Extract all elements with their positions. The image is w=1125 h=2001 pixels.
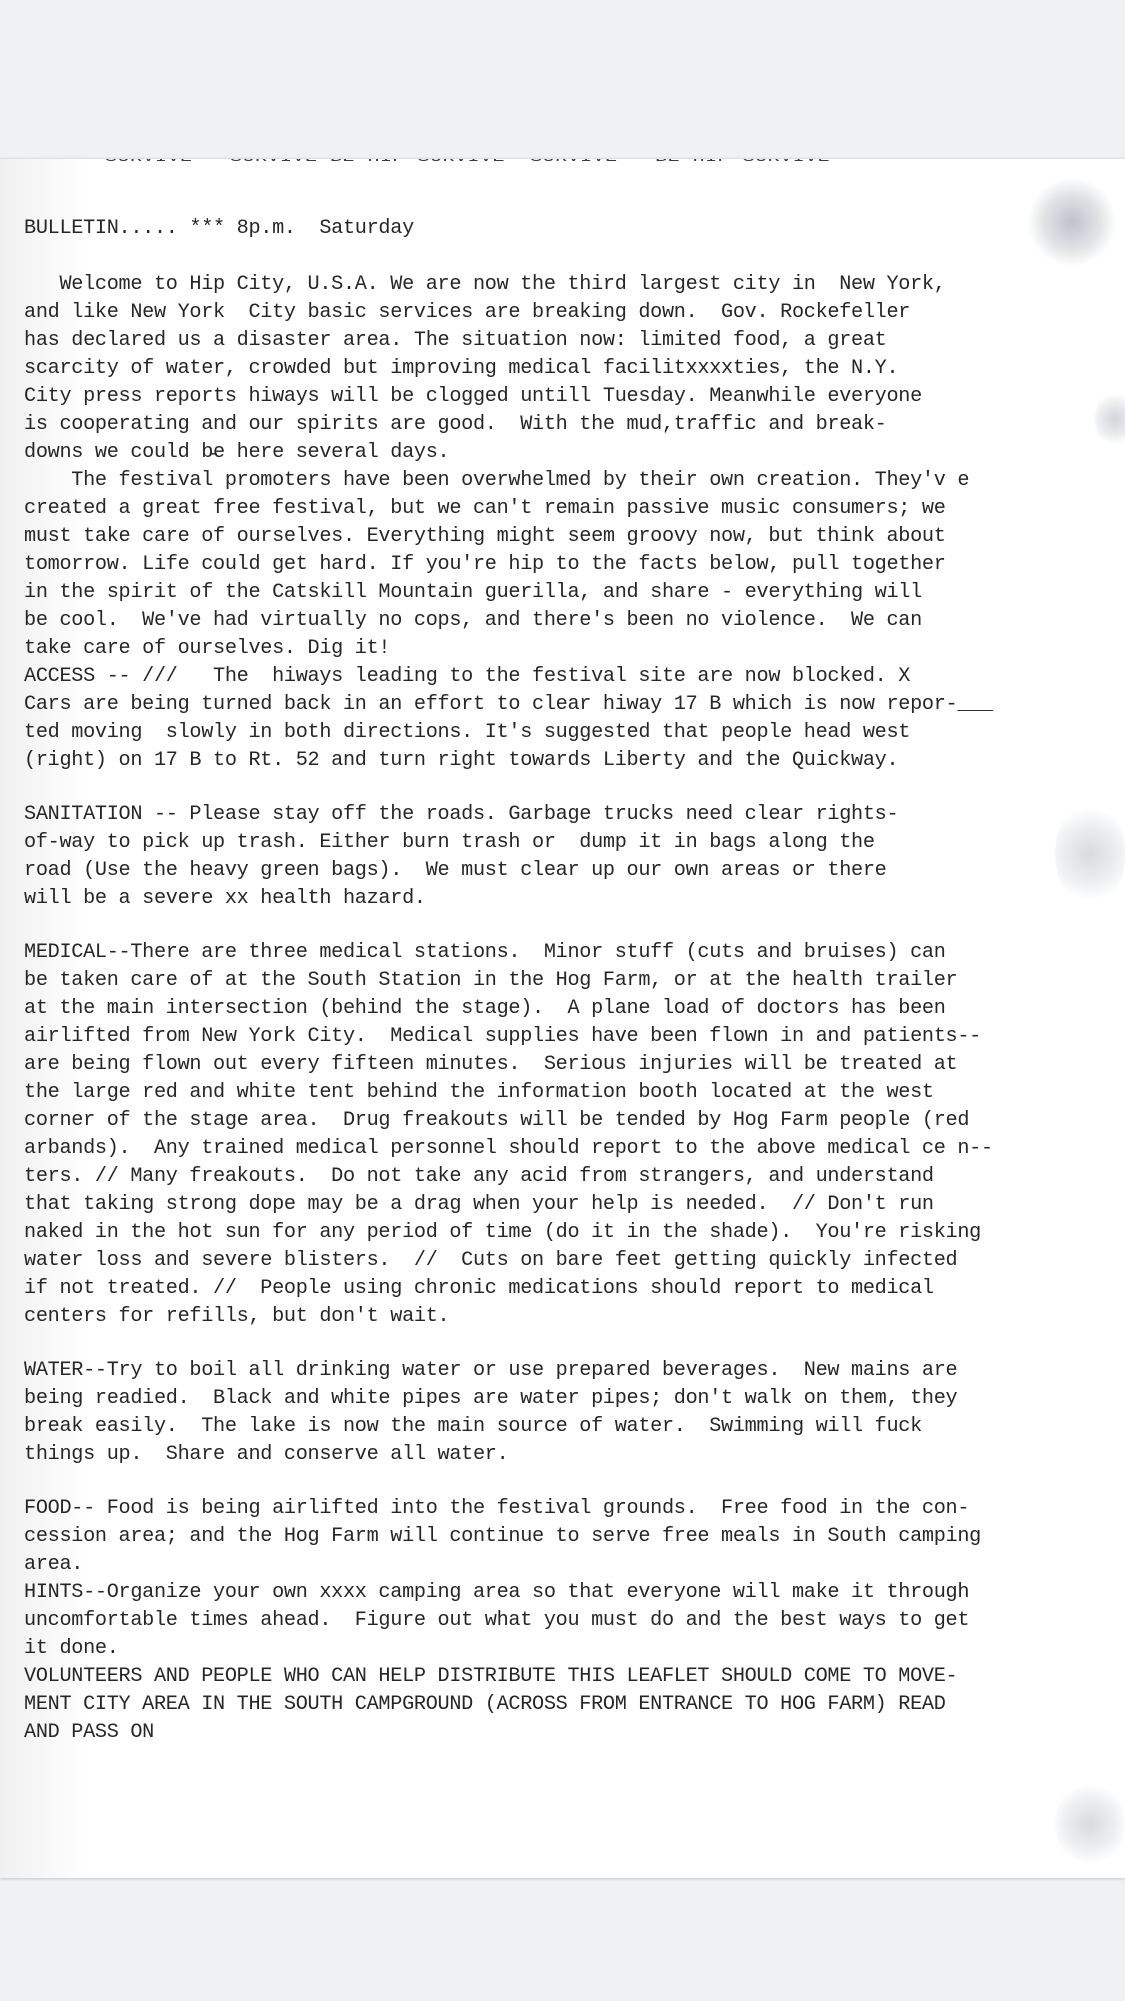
text-line: if not treated. // People using chronic … xyxy=(24,1275,1114,1303)
text-line: is cooperating and our spirits are good.… xyxy=(24,411,1114,439)
text-line: naked in the hot sun for any period of t… xyxy=(24,1219,1114,1247)
section-medical: MEDICAL--There are three medical station… xyxy=(24,939,1114,1331)
text-line: Cars are being turned back in an effort … xyxy=(24,691,1114,719)
text-line: road (Use the heavy green bags). We must… xyxy=(24,857,1114,885)
text-line: area. xyxy=(24,1551,1114,1579)
text-line: created a great free festival, but we ca… xyxy=(24,495,1114,523)
text-line: WATER--Try to boil all drinking water or… xyxy=(24,1357,1114,1385)
text-line: City press reports hiways will be clogge… xyxy=(24,383,1114,411)
clipped-header: SURVIVE SURVIVE BE HIP SURVIVE SURVIVE B… xyxy=(105,159,830,166)
text-line: water loss and severe blisters. // Cuts … xyxy=(24,1247,1114,1275)
text-line: be cool. We've had virtually no cops, an… xyxy=(24,607,1114,635)
text-line: arbands). Any trained medical personnel … xyxy=(24,1135,1114,1163)
section-water: WATER--Try to boil all drinking water or… xyxy=(24,1357,1114,1469)
text-line: VOLUNTEERS AND PEOPLE WHO CAN HELP DISTR… xyxy=(24,1663,1114,1691)
text-line: uncomfortable times ahead. Figure out wh… xyxy=(24,1607,1114,1635)
text-line: downs we could b̵e here several days. xyxy=(24,439,1114,467)
text-line: AND PASS ON xyxy=(24,1719,1114,1747)
ink-smudge xyxy=(1055,1779,1125,1869)
scanned-document-page: SURVIVE SURVIVE BE HIP SURVIVE SURVIVE B… xyxy=(0,159,1125,1878)
section-welcome: Welcome to Hip City, U.S.A. We are now t… xyxy=(24,271,1114,775)
text-line: will be a severe xx health hazard. xyxy=(24,885,1114,913)
text-line: has declared us a disaster area. The sit… xyxy=(24,327,1114,355)
text-line: that taking strong dope may be a drag wh… xyxy=(24,1191,1114,1219)
text-line: of-way to pick up trash. Either burn tra… xyxy=(24,829,1114,857)
text-line: airlifted from New York City. Medical su… xyxy=(24,1023,1114,1051)
document-body: BULLETIN..... *** 8p.m. Saturday Welcome… xyxy=(24,215,1114,1747)
text-line: tomorrow. Life could get hard. If you're… xyxy=(24,551,1114,579)
text-line: scarcity of water, crowded but improving… xyxy=(24,355,1114,383)
text-line: take care of ourselves. Dig it! xyxy=(24,635,1114,663)
text-line: ters. // Many freakouts. Do not take any… xyxy=(24,1163,1114,1191)
text-line: must take care of ourselves. Everything … xyxy=(24,523,1114,551)
text-line: HINTS--Organize your own xxxx camping ar… xyxy=(24,1579,1114,1607)
text-line: The festival promoters have been overwhe… xyxy=(24,467,1114,495)
text-line: at the main intersection (behind the sta… xyxy=(24,995,1114,1023)
text-line: be taken care of at the South Station in… xyxy=(24,967,1114,995)
text-line: FOOD-- Food is being airlifted into the … xyxy=(24,1495,1114,1523)
text-line: SANITATION -- Please stay off the roads.… xyxy=(24,801,1114,829)
text-line: MEDICAL--There are three medical station… xyxy=(24,939,1114,967)
section-sanitation: SANITATION -- Please stay off the roads.… xyxy=(24,801,1114,913)
text-line: (right) on 17 B to Rt. 52 and turn right… xyxy=(24,747,1114,775)
text-line: being readied. Black and white pipes are… xyxy=(24,1385,1114,1413)
text-line: ACCESS -- /// The hiways leading to the … xyxy=(24,663,1114,691)
text-line: in the spirit of the Catskill Mountain g… xyxy=(24,579,1114,607)
text-line: the large red and white tent behind the … xyxy=(24,1079,1114,1107)
text-line: and like New York City basic services ar… xyxy=(24,299,1114,327)
text-line: cession area; and the Hog Farm will cont… xyxy=(24,1523,1114,1551)
text-line: break easily. The lake is now the main s… xyxy=(24,1413,1114,1441)
text-line: Welcome to Hip City, U.S.A. We are now t… xyxy=(24,271,1114,299)
bulletin-heading: BULLETIN..... *** 8p.m. Saturday xyxy=(24,215,1114,243)
text-line: ted moving slowly in both directions. It… xyxy=(24,719,1114,747)
text-line: corner of the stage area. Drug freakouts… xyxy=(24,1107,1114,1135)
text-line: centers for refills, but don't wait. xyxy=(24,1303,1114,1331)
text-line: MENT CITY AREA IN THE SOUTH CAMPGROUND (… xyxy=(24,1691,1114,1719)
text-line: are being flown out every fifteen minute… xyxy=(24,1051,1114,1079)
text-line: things up. Share and conserve all water. xyxy=(24,1441,1114,1469)
section-food-hints-volunteers: FOOD-- Food is being airlifted into the … xyxy=(24,1495,1114,1747)
text-line: it done. xyxy=(24,1635,1114,1663)
